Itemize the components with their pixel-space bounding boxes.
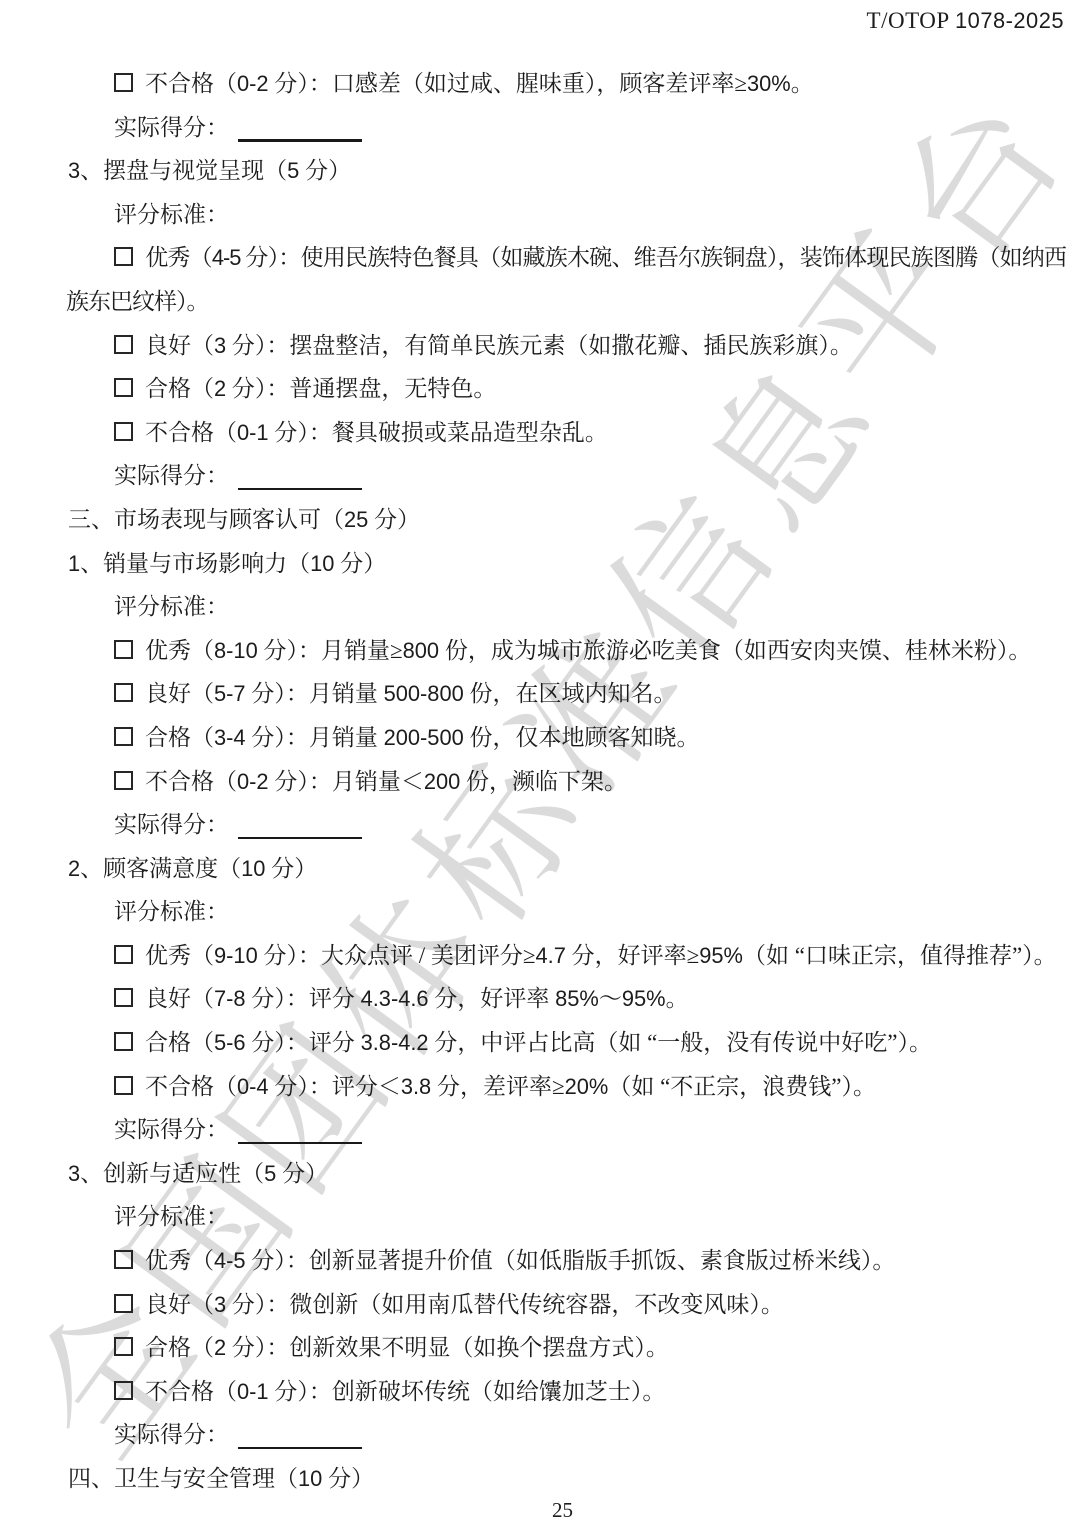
number-text: 3 (68, 1161, 80, 1186)
option-row: 不合格（0-1 分）：餐具破损或菜品造型杂乱。 (66, 411, 1066, 455)
checkbox[interactable] (114, 945, 133, 964)
section-heading: 三、市场表现与顾客认可（25 分） (66, 498, 1066, 542)
number-text: 3 (68, 158, 80, 183)
option-row: 良好（3 分）：微创新（如用南瓜替代传统容器，不改变风味）。 (66, 1283, 1066, 1327)
number-text: 20% (565, 1074, 609, 1099)
number-text: 500-800 (384, 681, 464, 706)
number-text: 0-1 (237, 420, 269, 445)
score-blank-field[interactable] (238, 139, 362, 142)
option-text: 良好（3 分）：摆盘整洁，有简单民族元素（如撒花瓣、插民族彩旗）。 (145, 333, 853, 358)
option-text: 优秀（4-5 分）：创新显著提升价值（如低脂版手抓饭、素食版过桥米线）。 (145, 1248, 895, 1273)
option-row: 不合格（0-2 分）：月销量＜200 份，濒临下架。 (66, 760, 1066, 804)
option-row: 合格（2 分）：创新效果不明显（如换个摆盘方式）。 (66, 1326, 1066, 1370)
checkbox[interactable] (114, 1032, 133, 1051)
number-text: 5-6 (214, 1030, 246, 1055)
number-text: 10 (241, 856, 265, 881)
score-blank-field[interactable] (238, 1142, 362, 1145)
actual-score-row: 实际得分： (66, 803, 1066, 847)
option-text: 合格（2 分）：普通摆盘，无特色。 (145, 376, 496, 401)
scoring-criteria-label: 评分标准： (66, 193, 1066, 237)
checkbox[interactable] (114, 422, 133, 441)
score-label: 实际得分： (114, 1422, 229, 1447)
option-text: 合格（5-6 分）：评分 3.8-4.2 分，中评占比高（如 “一般，没有传说中… (145, 1030, 932, 1055)
checkbox[interactable] (114, 1381, 133, 1400)
document-body: 不合格（0-2 分）：口感差（如过咸、腥味重），顾客差评率≥30%。实际得分：3… (66, 62, 1066, 1501)
number-text: 2 (68, 856, 80, 881)
number-text: 95% (699, 943, 743, 968)
scoring-criteria-label: 评分标准： (66, 1195, 1066, 1239)
number-text: 2 (214, 1335, 226, 1360)
checkbox[interactable] (114, 1294, 133, 1313)
number-text: 3.8-4.2 (361, 1030, 429, 1055)
option-row: 优秀（9-10 分）：大众点评 / 美团评分≥4.7 分，好评率≥95%（如 “… (66, 934, 1066, 978)
number-text: 7-8 (214, 986, 246, 1011)
number-text: 0-4 (237, 1074, 269, 1099)
checkbox[interactable] (114, 378, 133, 397)
document-page: 全国团体标准信息平台 T/OTOP 1078-2025 不合格（0-2 分）：口… (0, 0, 1080, 1530)
number-text: 95% (622, 986, 666, 1011)
checkbox[interactable] (114, 683, 133, 702)
actual-score-row: 实际得分： (66, 106, 1066, 150)
section-heading: 四、卫生与安全管理（10 分） (66, 1457, 1066, 1501)
number-text: 3-4 (214, 725, 246, 750)
doc-code: T/OTOP 1078-2025 (867, 8, 1064, 34)
score-label: 实际得分： (114, 115, 229, 140)
number-text: 2 (214, 376, 226, 401)
checkbox[interactable] (114, 771, 133, 790)
criterion-heading: 3、摆盘与视觉呈现（5 分） (66, 149, 1066, 193)
number-text: 0-1 (237, 1379, 269, 1404)
score-label: 实际得分： (114, 463, 229, 488)
number-text: 9-10 (214, 943, 258, 968)
number-text: 4.7 (536, 943, 566, 968)
option-text: 不合格（0-2 分）：月销量＜200 份，濒临下架。 (145, 769, 627, 794)
option-row: 优秀（4-5 分）：创新显著提升价值（如低脂版手抓饭、素食版过桥米线）。 (66, 1239, 1066, 1283)
number-text: 3 (214, 1292, 226, 1317)
score-blank-field[interactable] (238, 1447, 362, 1450)
number-text: 3 (214, 333, 226, 358)
option-row: 合格（5-6 分）：评分 3.8-4.2 分，中评占比高（如 “一般，没有传说中… (66, 1021, 1066, 1065)
number-text: 10 (310, 551, 334, 576)
option-row: 良好（5-7 分）：月销量 500-800 份，在区域内知名。 (66, 672, 1066, 716)
score-label: 实际得分： (114, 812, 229, 837)
option-row: 良好（3 分）：摆盘整洁，有简单民族元素（如撒花瓣、插民族彩旗）。 (66, 324, 1066, 368)
number-text: 85% (555, 986, 599, 1011)
number-text: 10 (298, 1466, 322, 1491)
option-text: 不合格（0-1 分）：创新破坏传统（如给馕加芝士）。 (145, 1379, 665, 1404)
option-text: 优秀（9-10 分）：大众点评 / 美团评分≥4.7 分，好评率≥95%（如 “… (145, 943, 1057, 968)
option-text: 合格（3-4 分）：月销量 200-500 份，仅本地顾客知晓。 (145, 725, 700, 750)
number-text: 5-7 (214, 681, 246, 706)
option-text: 合格（2 分）：创新效果不明显（如换个摆盘方式）。 (145, 1335, 669, 1360)
number-text: 1 (68, 551, 80, 576)
option-text: 良好（5-7 分）：月销量 500-800 份，在区域内知名。 (145, 681, 677, 706)
option-row: 合格（2 分）：普通摆盘，无特色。 (66, 367, 1066, 411)
checkbox[interactable] (114, 640, 133, 659)
option-text: 不合格（0-1 分）：餐具破损或菜品造型杂乱。 (145, 420, 608, 445)
checkbox[interactable] (114, 247, 133, 266)
number-text: 800 (403, 638, 439, 663)
criterion-heading: 3、创新与适应性（5 分） (66, 1152, 1066, 1196)
option-text: 良好（3 分）：微创新（如用南瓜替代传统容器，不改变风味）。 (145, 1292, 784, 1317)
criterion-heading: 2、顾客满意度（10 分） (66, 847, 1066, 891)
actual-score-row: 实际得分： (66, 1108, 1066, 1152)
checkbox[interactable] (114, 73, 133, 92)
checkbox[interactable] (114, 1337, 133, 1356)
number-text: 4-5 (214, 1248, 246, 1273)
number-text: 0-2 (237, 71, 269, 96)
checkbox[interactable] (114, 1076, 133, 1095)
actual-score-row: 实际得分： (66, 1413, 1066, 1457)
option-text: 优秀（8-10 分）：月销量≥800 份，成为城市旅游必吃美食（如西安肉夹馍、桂… (145, 638, 1031, 663)
number-text: 3.8 (401, 1074, 431, 1099)
actual-score-row: 实际得分： (66, 454, 1066, 498)
criterion-heading: 1、销量与市场影响力（10 分） (66, 542, 1066, 586)
score-blank-field[interactable] (238, 837, 362, 840)
number-text: 8-10 (214, 638, 258, 663)
number-text: 200 (424, 769, 460, 794)
checkbox[interactable] (114, 1250, 133, 1269)
number-text: 5 (264, 1161, 276, 1186)
option-row: 不合格（0-4 分）：评分＜3.8 分，差评率≥20%（如 “不正宗，浪费钱”）… (66, 1065, 1066, 1109)
scoring-criteria-label: 评分标准： (66, 585, 1066, 629)
option-row: 优秀（4-5 分）：使用民族特色餐具（如藏族木碗、维吾尔族铜盘），装饰体现民族图… (66, 236, 1066, 323)
option-row: 不合格（0-2 分）：口感差（如过咸、腥味重），顾客差评率≥30%。 (66, 62, 1066, 106)
option-row: 合格（3-4 分）：月销量 200-500 份，仅本地顾客知晓。 (66, 716, 1066, 760)
number-text: 25 (344, 507, 368, 532)
number-text: 200-500 (384, 725, 464, 750)
option-text: 不合格（0-2 分）：口感差（如过咸、腥味重），顾客差评率≥30%。 (145, 71, 814, 96)
checkbox[interactable] (114, 335, 133, 354)
option-row: 良好（7-8 分）：评分 4.3-4.6 分，好评率 85%～95%。 (66, 977, 1066, 1021)
number-text: 0-2 (237, 769, 269, 794)
score-blank-field[interactable] (238, 488, 362, 491)
option-text: 良好（7-8 分）：评分 4.3-4.6 分，好评率 85%～95%。 (145, 986, 689, 1011)
option-text: 优秀（4-5 分）：使用民族特色餐具（如藏族木碗、维吾尔族铜盘），装饰体现民族图… (66, 245, 1066, 314)
checkbox[interactable] (114, 988, 133, 1007)
number-text: 4-5 (212, 245, 241, 270)
option-text: 不合格（0-4 分）：评分＜3.8 分，差评率≥20%（如 “不正宗，浪费钱”）… (145, 1074, 876, 1099)
score-label: 实际得分： (114, 1117, 229, 1142)
number-text: 5 (287, 158, 299, 183)
number-text: 4.3-4.6 (361, 986, 429, 1011)
option-row: 优秀（8-10 分）：月销量≥800 份，成为城市旅游必吃美食（如西安肉夹馍、桂… (66, 629, 1066, 673)
option-row: 不合格（0-1 分）：创新破坏传统（如给馕加芝士）。 (66, 1370, 1066, 1414)
page-number: 25 (552, 1498, 573, 1523)
number-text: 1078-2025 (955, 8, 1064, 33)
checkbox[interactable] (114, 727, 133, 746)
number-text: 30% (747, 71, 791, 96)
scoring-criteria-label: 评分标准： (66, 890, 1066, 934)
